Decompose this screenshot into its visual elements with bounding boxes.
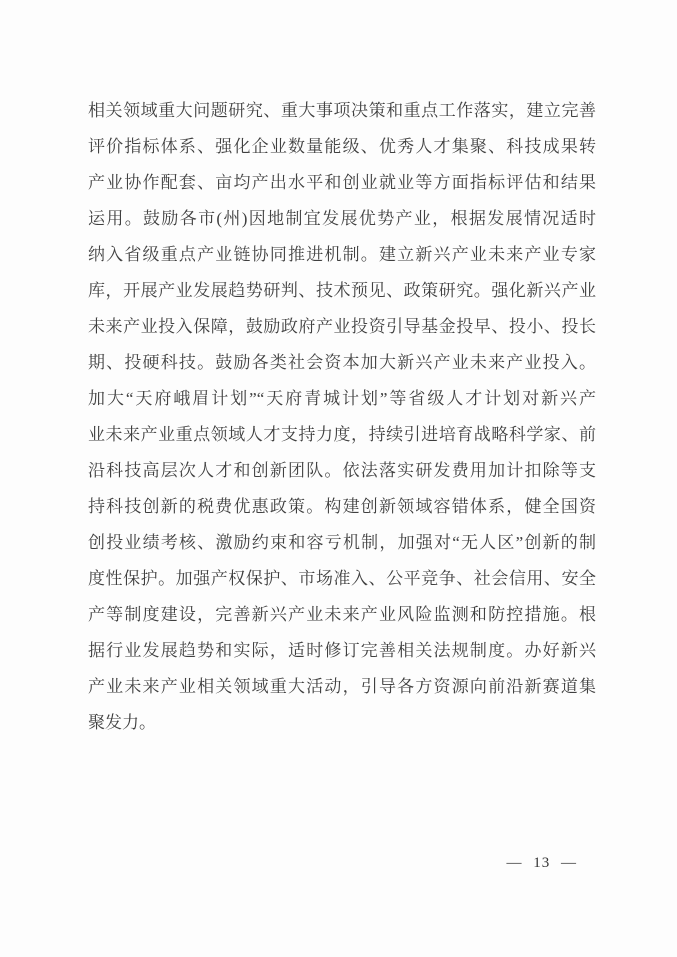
paragraph-line: 未来产业投入保障，鼓励政府产业投资引导基金投早、投小、投长 [88, 309, 596, 345]
paragraph-line: 沿科技高层次人才和创新团队。依法落实研发费用加计扣除等支 [88, 453, 596, 489]
paragraph-line: 业未来产业重点领域人才支持力度，持续引进培育战略科学家、前 [88, 417, 596, 453]
document-page: 相关领域重大问题研究、重大事项决策和重点工作落实，建立完善 评价指标体系、强化企… [0, 0, 677, 957]
paragraph-line: 库，开展产业发展趋势研判、技术预见、政策研究。强化新兴产业 [88, 273, 596, 309]
paragraph-body: 相关领域重大问题研究、重大事项决策和重点工作落实，建立完善 评价指标体系、强化企… [88, 93, 596, 741]
paragraph-line: 创投业绩考核、激励约束和容亏机制，加强对“无人区”创新的制 [88, 525, 596, 561]
paragraph-line: 纳入省级重点产业链协同推进机制。建立新兴产业未来产业专家 [88, 237, 596, 273]
paragraph-line: 运用。鼓励各市(州)因地制宜发展优势产业，根据发展情况适时 [88, 201, 596, 237]
paragraph-line: 产业协作配套、亩均产出水平和创业就业等方面指标评估和结果 [88, 165, 596, 201]
paragraph-line: 据行业发展趋势和实际，适时修订完善相关法规制度。办好新兴 [88, 633, 596, 669]
paragraph-line: 相关领域重大问题研究、重大事项决策和重点工作落实，建立完善 [88, 93, 596, 129]
paragraph-line: 产等制度建设，完善新兴产业未来产业风险监测和防控措施。根 [88, 597, 596, 633]
paragraph-line: 产业未来产业相关领域重大活动，引导各方资源向前沿新赛道集 [88, 669, 596, 705]
paragraph-line: 聚发力。 [88, 705, 596, 741]
page-number: — 13 — [507, 853, 578, 873]
paragraph-line: 评价指标体系、强化企业数量能级、优秀人才集聚、科技成果转化、 [88, 129, 596, 165]
paragraph-line: 期、投硬科技。鼓励各类社会资本加大新兴产业未来产业投入。 [88, 345, 596, 381]
paragraph-line: 度性保护。加强产权保护、市场准入、公平竞争、社会信用、安全生 [88, 561, 596, 597]
paragraph-line: 持科技创新的税费优惠政策。构建创新领域容错体系，健全国资 [88, 489, 596, 525]
paragraph-line: 加大“天府峨眉计划”“天府青城计划”等省级人才计划对新兴产 [88, 381, 596, 417]
